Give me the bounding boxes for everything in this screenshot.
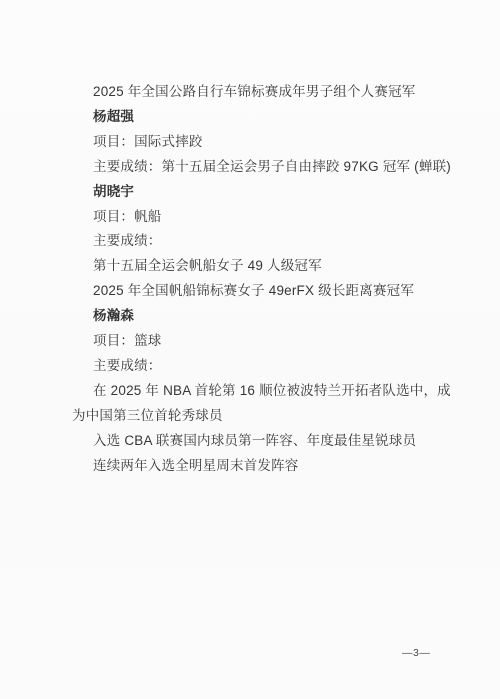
document-text-line: 主要成绩： xyxy=(72,354,432,379)
athlete-name-line: 杨超强 xyxy=(72,105,432,130)
document-text-line: 为中国第三位首轮秀球员 xyxy=(72,404,432,429)
document-page: 2025 年全国公路自行车锦标赛成年男子组个人赛冠军杨超强项目：国际式摔跤主要成… xyxy=(0,0,500,699)
document-text-line: 2025 年全国公路自行车锦标赛成年男子组个人赛冠军 xyxy=(72,80,432,105)
document-text-line: 第十五届全运会帆船女子 49 人级冠军 xyxy=(72,254,432,279)
document-text-line: 项目：国际式摔跤 xyxy=(72,130,432,155)
document-body: 2025 年全国公路自行车锦标赛成年男子组个人赛冠军杨超强项目：国际式摔跤主要成… xyxy=(72,80,432,479)
document-text-line: 主要成绩： xyxy=(72,229,432,254)
document-text-line: 连续两年入选全明星周末首发阵容 xyxy=(72,454,432,479)
page-number: —3— xyxy=(402,647,430,659)
document-text-line: 2025 年全国帆船锦标赛女子 49erFX 级长距离赛冠军 xyxy=(72,279,432,304)
document-text-line: 项目：帆船 xyxy=(72,205,432,230)
document-text-line: 入选 CBA 联赛国内球员第一阵容、年度最佳星锐球员 xyxy=(72,429,432,454)
document-text-line: 主要成绩：第十五届全运会男子自由摔跤 97KG 冠军 (蝉联) xyxy=(72,155,432,180)
document-text-line: 项目：篮球 xyxy=(72,329,432,354)
athlete-name-line: 杨瀚森 xyxy=(72,304,432,329)
athlete-name-line: 胡晓宇 xyxy=(72,180,432,205)
document-text-line: 在 2025 年 NBA 首轮第 16 顺位被波特兰开拓者队选中，成 xyxy=(72,379,432,404)
